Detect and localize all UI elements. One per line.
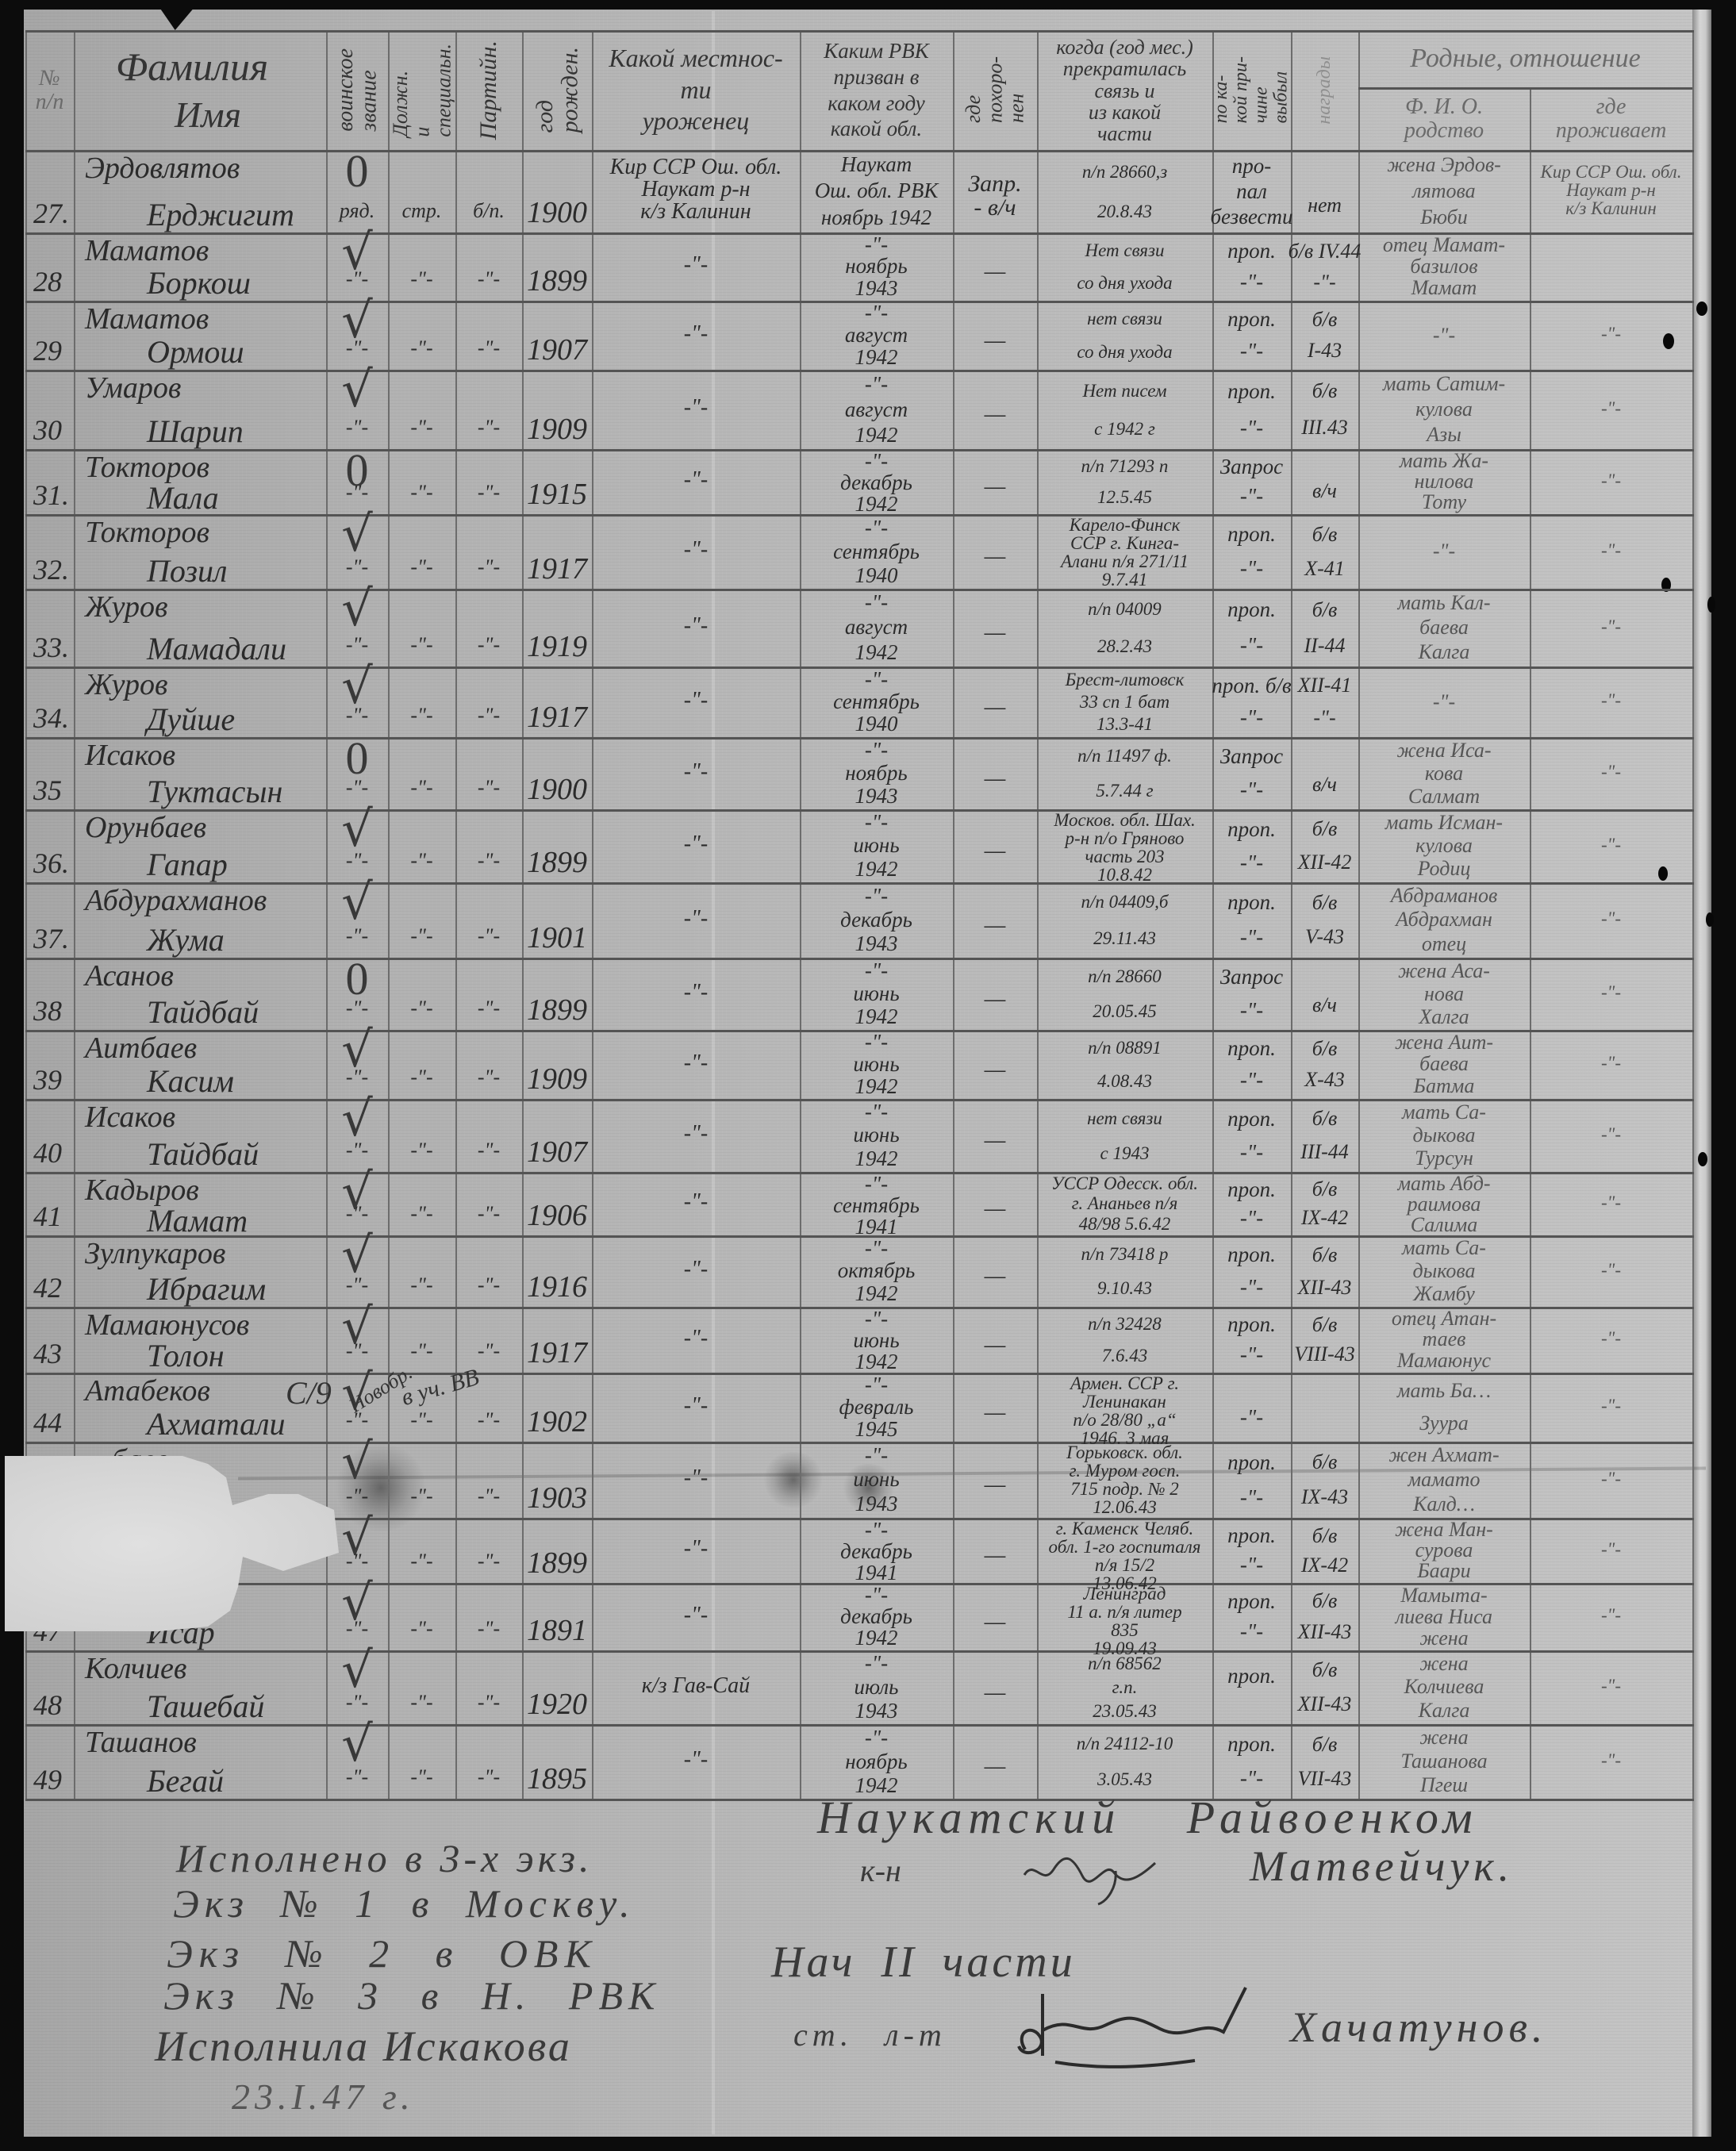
draft-office-line: -"- bbox=[865, 302, 888, 324]
notice-line: в/ч bbox=[1312, 995, 1337, 1016]
notice-cell: б/вVIII-43 bbox=[1291, 1307, 1358, 1373]
row-number: 49 bbox=[33, 1765, 62, 1794]
burial-place-line: — bbox=[985, 620, 1006, 644]
header-party: Партийн. bbox=[455, 30, 522, 150]
burial-place-line: — bbox=[985, 766, 1006, 790]
residence-cell: -"- bbox=[1530, 958, 1692, 1030]
row-number-cell: 34. bbox=[25, 666, 74, 737]
notice-line: -"- bbox=[1313, 708, 1335, 728]
row-number: 30 bbox=[33, 416, 62, 444]
residence-cell: -"- bbox=[1530, 589, 1692, 666]
last-contact-line: 13.3-41 bbox=[1097, 715, 1153, 733]
position-cell: -"- bbox=[388, 589, 455, 666]
row-number-cell: 48 bbox=[25, 1650, 74, 1724]
relatives-line: раимова bbox=[1408, 1194, 1481, 1215]
loss-reason-cell: про-палбезвести bbox=[1212, 150, 1291, 232]
residence-line: -"- bbox=[1601, 1677, 1621, 1695]
birthplace-line: к/з Гав-Сай bbox=[642, 1675, 750, 1697]
last-contact-cell: Горьковск. обл.г. Муром госп.715 подр. №… bbox=[1037, 1442, 1212, 1518]
copy-1-destination: Экз № 1 в Москву. bbox=[173, 1884, 636, 1923]
draft-office-line: август bbox=[845, 399, 908, 421]
check-mark-icon: √ bbox=[341, 296, 373, 345]
relatives-cell: женаКолчиеваКалга bbox=[1358, 1650, 1530, 1724]
surname: Атабеков bbox=[85, 1376, 210, 1406]
party-membership-cell: -"- bbox=[455, 958, 522, 1030]
last-contact-line: Нет писем bbox=[1082, 382, 1166, 400]
relatives-cell: жен Ахмат-маматоКалд… bbox=[1358, 1442, 1530, 1518]
notice-cell: в/ч bbox=[1291, 737, 1358, 809]
last-contact-line: г. Каменск Челяб. bbox=[1056, 1519, 1193, 1538]
military-rank-cell: -"-√ bbox=[326, 666, 388, 737]
military-rank-cell: -"-√ bbox=[326, 1030, 388, 1099]
position: -"- bbox=[410, 482, 432, 503]
row-number: 40 bbox=[33, 1139, 62, 1167]
last-contact-cell: Нет писемс 1942 г bbox=[1037, 370, 1212, 449]
burial-place-line: — bbox=[985, 913, 1006, 937]
residence-line: -"- bbox=[1601, 617, 1621, 636]
last-contact-line: п/п 68562 bbox=[1088, 1654, 1162, 1673]
position: -"- bbox=[410, 1486, 432, 1507]
surname: Аитбаев bbox=[85, 1033, 197, 1063]
header-draft-office: Каким РВК призван в каком году какой обл… bbox=[800, 30, 953, 150]
full-name-cell: ЖуровМамадали bbox=[74, 589, 326, 666]
table-row: 33.ЖуровМамадали-"-√-"--"-1919-"--"-авгу… bbox=[0, 589, 1736, 666]
header-loss-reason-line: по ка- bbox=[1212, 56, 1231, 123]
header-notice: награды bbox=[1291, 30, 1358, 150]
draft-office-cell: -"-сентябрь1941 bbox=[800, 1172, 953, 1235]
relatives-line: дыкова bbox=[1412, 1261, 1475, 1281]
draft-office-line: -"- bbox=[865, 885, 888, 907]
full-name-cell: АбдурахмановЖума bbox=[74, 882, 326, 958]
birth-year: 1916 bbox=[527, 1272, 587, 1302]
birth-year: 1920 bbox=[527, 1689, 587, 1719]
birth-year-cell: 1899 bbox=[522, 958, 592, 1030]
row-number: 36. bbox=[33, 849, 69, 878]
full-name-cell: УмаровШарип bbox=[74, 370, 326, 449]
row-number-cell: 36. bbox=[25, 809, 74, 882]
burial-place-cell: — bbox=[953, 1650, 1037, 1724]
loss-reason-line: -"- bbox=[1240, 635, 1263, 656]
check-mark-icon: √ bbox=[341, 1578, 373, 1627]
header-residence-line: где bbox=[1596, 95, 1627, 118]
draft-office-cell: -"-август1942 bbox=[800, 370, 953, 449]
notice-cell: б/вX-43 bbox=[1291, 1030, 1358, 1099]
notice-line: XII-43 bbox=[1298, 1694, 1352, 1715]
position-cell: -"- bbox=[388, 301, 455, 370]
row-number: 41 bbox=[33, 1202, 62, 1231]
last-contact-line: 5.7.44 г bbox=[1096, 782, 1153, 800]
loss-reason-line: проп. bbox=[1227, 1314, 1276, 1335]
loss-reason-line: проп. bbox=[1227, 1038, 1276, 1059]
birth-year: 1899 bbox=[527, 995, 587, 1025]
notice-cell: б/вII-44 bbox=[1291, 589, 1358, 666]
burial-place-line: - в/ч bbox=[974, 196, 1016, 220]
party-membership: -"- bbox=[478, 1140, 500, 1161]
burial-place-line: — bbox=[985, 1680, 1006, 1704]
birthplace-line: -"- bbox=[684, 833, 708, 855]
draft-office-cell: -"-февраль1945 bbox=[800, 1373, 953, 1442]
row-number-cell: 41 bbox=[25, 1172, 74, 1235]
draft-office-cell: -"-октябрь1942 bbox=[800, 1235, 953, 1307]
notice-cell: б/вXII-43 bbox=[1291, 1235, 1358, 1307]
last-contact-line: Нет связи bbox=[1085, 241, 1165, 259]
position: -"- bbox=[410, 338, 432, 359]
full-name-cell: ТокторовПозил bbox=[74, 514, 326, 589]
party-membership: б/п. bbox=[473, 201, 505, 221]
loss-reason-cell: Запрос-"- bbox=[1212, 737, 1291, 809]
full-name-cell: АитбаевКасим bbox=[74, 1030, 326, 1099]
relatives-line: отец bbox=[1422, 934, 1466, 955]
loss-reason-cell: проп.-"- bbox=[1212, 882, 1291, 958]
relatives-line: мать Абд- bbox=[1397, 1173, 1490, 1194]
table-row: 34.ЖуровДуйше-"-√-"--"-1917-"--"-сентябр… bbox=[0, 666, 1736, 737]
party-membership: -"- bbox=[478, 1486, 500, 1507]
burial-place-cell: — bbox=[953, 301, 1037, 370]
relatives-line: жена Аса- bbox=[1398, 961, 1490, 981]
draft-office-line: август bbox=[845, 325, 908, 346]
residence-cell: -"- bbox=[1530, 1583, 1692, 1650]
loss-reason-line: проп. bbox=[1227, 1244, 1276, 1266]
residence-line: -"- bbox=[1601, 1396, 1621, 1415]
header-number: № п/п bbox=[25, 30, 74, 150]
last-contact-line: п/п 73418 р bbox=[1081, 1245, 1169, 1263]
last-contact-line: нет связи bbox=[1087, 309, 1162, 328]
last-contact-line: 7.6.43 bbox=[1102, 1346, 1148, 1365]
draft-office-line: 1942 bbox=[855, 424, 898, 446]
birthplace-line: -"- bbox=[684, 1467, 708, 1489]
loss-reason-cell: -"- bbox=[1212, 1373, 1291, 1442]
burial-place-cell: Запр.- в/ч bbox=[953, 150, 1037, 232]
full-name-cell: ОрунбаевГапар bbox=[74, 809, 326, 882]
residence-cell: -"- bbox=[1530, 1030, 1692, 1099]
header-birthplace-line: ти bbox=[680, 77, 711, 104]
party-membership: -"- bbox=[478, 998, 500, 1019]
birthplace-cell: -"- bbox=[592, 514, 800, 589]
burial-place-line: — bbox=[985, 544, 1006, 568]
party-membership: -"- bbox=[478, 926, 500, 947]
loss-reason-line: проп. bbox=[1227, 240, 1276, 262]
birth-year-cell: 1915 bbox=[522, 449, 592, 514]
relatives-line: Бюби bbox=[1420, 207, 1467, 228]
chief-name: Хачатунов. bbox=[1290, 2006, 1547, 2049]
last-contact-cell: п/п 11497 ф.5.7.44 г bbox=[1037, 737, 1212, 809]
position: -"- bbox=[410, 269, 432, 290]
birthplace-line: -"- bbox=[684, 689, 708, 712]
relatives-line: Калд… bbox=[1413, 1494, 1475, 1515]
relatives-line: Абдраманов bbox=[1391, 885, 1498, 906]
notice-line: IX-43 bbox=[1301, 1487, 1348, 1508]
draft-office-cell: -"-сентябрь1940 bbox=[800, 514, 953, 589]
relatives-cell: мать Кал-баеваКалга bbox=[1358, 589, 1530, 666]
given-name: Тайдбай bbox=[147, 997, 259, 1028]
row-number: 37. bbox=[33, 924, 69, 953]
birth-year-cell: 1907 bbox=[522, 1099, 592, 1172]
chief-title: Нач II части bbox=[771, 1940, 1076, 1984]
loss-reason-line: про- bbox=[1232, 156, 1272, 177]
last-contact-line: 20.05.45 bbox=[1093, 1002, 1157, 1020]
burial-place-line: — bbox=[985, 1264, 1006, 1288]
draft-office-line: -"- bbox=[865, 1101, 888, 1123]
position: -"- bbox=[410, 1692, 432, 1713]
header-draft-office-line: каком году bbox=[828, 92, 924, 114]
chief-rank: ст. л-т bbox=[793, 2019, 947, 2051]
check-mark-icon: √ bbox=[341, 878, 373, 927]
birthplace-cell: -"- bbox=[592, 809, 800, 882]
last-contact-line: 48/98 5.6.42 bbox=[1079, 1215, 1171, 1233]
check-mark-icon: √ bbox=[341, 1094, 373, 1143]
draft-office-cell: -"-ноябрь1942 bbox=[800, 1724, 953, 1799]
draft-office-line: сентябрь bbox=[833, 691, 920, 713]
draft-office-line: -"- bbox=[865, 374, 888, 395]
party-membership: -"- bbox=[478, 1767, 500, 1788]
last-contact-line: Москов. обл. Шах. bbox=[1054, 811, 1196, 829]
relatives-line: Баари bbox=[1417, 1561, 1470, 1581]
surname: Асанов bbox=[85, 961, 174, 991]
last-contact-line: п/п 24112-10 bbox=[1077, 1734, 1173, 1753]
margin-annotation: С/9 bbox=[286, 1377, 332, 1409]
circle-mark-icon: 0 bbox=[346, 148, 369, 194]
loss-reason-line: -"- bbox=[1240, 779, 1263, 801]
position: -"- bbox=[410, 557, 432, 578]
military-rank-cell: -"-√ bbox=[326, 514, 388, 589]
relatives-line: лиева Ниса bbox=[1396, 1607, 1492, 1627]
draft-office-line: -"- bbox=[865, 669, 888, 690]
birth-year: 1902 bbox=[527, 1407, 587, 1437]
last-contact-line: со дня ухода bbox=[1077, 343, 1172, 361]
burial-place-line: — bbox=[985, 402, 1006, 426]
draft-office-line: июнь bbox=[853, 983, 899, 1004]
party-membership: -"- bbox=[478, 1067, 500, 1088]
relatives-line: жена Аит- bbox=[1395, 1032, 1493, 1053]
position: -"- bbox=[410, 1619, 432, 1639]
table-row: 38АсановТайдбай-"-0-"--"-1899-"--"-июнь1… bbox=[0, 958, 1736, 1030]
last-contact-line: УССР Одесск. обл. bbox=[1051, 1174, 1198, 1193]
given-name: Туктасын bbox=[147, 776, 282, 808]
last-contact-line: 23.05.43 bbox=[1093, 1702, 1157, 1720]
table-row: 43МамаюнусовТолон-"-√-"--"-1917-"--"-июн… bbox=[0, 1307, 1736, 1373]
birth-year: 1899 bbox=[527, 1548, 587, 1578]
last-contact-cell: УССР Одесск. обл.г. Ананьев п/я48/98 5.6… bbox=[1037, 1172, 1212, 1235]
relatives-line: нова bbox=[1424, 984, 1464, 1004]
residence-cell: -"- bbox=[1530, 1442, 1692, 1518]
draft-office-line: -"- bbox=[865, 1238, 888, 1259]
last-contact-cell: п/п 73418 р9.10.43 bbox=[1037, 1235, 1212, 1307]
last-contact-line: 12.5.45 bbox=[1097, 488, 1152, 506]
draft-office-line: 1943 bbox=[855, 1493, 898, 1515]
loss-reason-line: -"- bbox=[1240, 1554, 1263, 1576]
loss-reason-line: пал bbox=[1236, 181, 1267, 202]
draft-office-line: октябрь bbox=[838, 1260, 916, 1281]
birthplace-cell: -"- bbox=[592, 1724, 800, 1799]
table-row: 29МаматовОрмош-"-√-"--"-1907-"--"-август… bbox=[0, 301, 1736, 370]
row-number-cell: 32. bbox=[25, 514, 74, 589]
birthplace-line: к/з Калинин bbox=[640, 201, 751, 223]
check-mark-icon: √ bbox=[341, 228, 373, 277]
relatives-line: Салмат bbox=[1408, 786, 1480, 807]
burial-place-cell: — bbox=[953, 1373, 1037, 1442]
relatives-line: лятова bbox=[1412, 181, 1475, 202]
relatives-line: Азы bbox=[1427, 424, 1461, 445]
table-row: 32.ТокторовПозил-"-√-"--"-1917-"--"-сент… bbox=[0, 514, 1736, 589]
loss-reason-line: -"- bbox=[1240, 1208, 1263, 1229]
draft-office-line: декабрь bbox=[840, 909, 912, 931]
position-cell: -"- bbox=[388, 1099, 455, 1172]
birth-year-cell: 1917 bbox=[522, 666, 592, 737]
loss-reason-cell: проп.-"- bbox=[1212, 809, 1291, 882]
residence-cell: -"- bbox=[1530, 1172, 1692, 1235]
birthplace-cell: -"- bbox=[592, 370, 800, 449]
relatives-line: Калга bbox=[1419, 1700, 1470, 1721]
party-membership-cell: -"- bbox=[455, 1099, 522, 1172]
position: -"- bbox=[410, 1767, 432, 1788]
relatives-line: жена bbox=[1419, 1628, 1468, 1649]
table-row: 41КадыровМамат-"-√-"--"-1906-"--"-сентяб… bbox=[0, 1172, 1736, 1235]
last-contact-cell: п/п 324287.6.43 bbox=[1037, 1307, 1212, 1373]
burial-place-line: — bbox=[985, 259, 1006, 283]
notice-line: VIII-43 bbox=[1294, 1344, 1355, 1365]
loss-reason-line: -"- bbox=[1240, 340, 1263, 362]
table-row: 47Исар-"-√-"--"-1891-"--"-декабрь1942—Ле… bbox=[0, 1583, 1736, 1650]
draft-office-cell: -"-июнь1942 bbox=[800, 958, 953, 1030]
birthplace-cell: -"- bbox=[592, 449, 800, 514]
relatives-line: отец Мамат- bbox=[1383, 235, 1505, 255]
last-contact-cell: Карело-ФинскССР г. Кинга-Алани п/я 271/1… bbox=[1037, 514, 1212, 589]
loss-reason-cell: проп.-"- bbox=[1212, 1030, 1291, 1099]
row-number-cell: 44 bbox=[25, 1373, 74, 1442]
draft-office-line: 1940 bbox=[855, 713, 898, 735]
position: -"- bbox=[410, 1341, 432, 1362]
full-name-cell: ТашановБегай bbox=[74, 1724, 326, 1799]
header-name: Фамилия Имя bbox=[74, 30, 326, 150]
draft-office-line: 1941 bbox=[855, 1216, 898, 1238]
military-rank-cell: -"-0 bbox=[326, 958, 388, 1030]
relatives-line: жена Эрдов- bbox=[1387, 155, 1501, 175]
residence-cell: -"- bbox=[1530, 370, 1692, 449]
party-membership: -"- bbox=[478, 1551, 500, 1572]
last-contact-line: 20.8.43 bbox=[1097, 202, 1152, 221]
header-relatives-fio-line: Ф. И. О. bbox=[1405, 95, 1483, 118]
commissar-signature bbox=[1020, 1839, 1163, 1911]
chief-signature bbox=[1008, 1980, 1277, 2075]
birthplace-line: -"- bbox=[684, 469, 708, 491]
check-mark-icon: √ bbox=[341, 1231, 373, 1280]
given-name: Ташебай bbox=[147, 1691, 264, 1723]
full-name-cell: ЖуровДуйше bbox=[74, 666, 326, 737]
last-contact-cell: п/п 71293 п12.5.45 bbox=[1037, 449, 1212, 514]
surname: Кадыров bbox=[85, 1175, 199, 1205]
relatives-line: жена bbox=[1419, 1727, 1468, 1748]
party-membership: -"- bbox=[478, 1410, 500, 1431]
birth-year: 1895 bbox=[527, 1764, 587, 1794]
last-contact-line: 4.08.43 bbox=[1097, 1072, 1152, 1090]
draft-office-line: -"- bbox=[865, 1374, 888, 1396]
header-notice-text: награды bbox=[1315, 56, 1335, 125]
position-cell: -"- bbox=[388, 1650, 455, 1724]
header-birth-year-line: рожден. bbox=[557, 47, 582, 133]
draft-office-cell: -"-декабрь1942 bbox=[800, 1583, 953, 1650]
last-contact-cell: нет связис 1943 bbox=[1037, 1099, 1212, 1172]
circle-mark-icon: 0 bbox=[346, 736, 369, 782]
residence-cell bbox=[1530, 232, 1692, 301]
notice-line: б/в bbox=[1312, 1734, 1338, 1755]
position-cell: -"- bbox=[388, 1724, 455, 1799]
position-cell: -"- bbox=[388, 958, 455, 1030]
header-burial-place-line: похоро- bbox=[984, 56, 1005, 123]
position: -"- bbox=[410, 635, 432, 655]
residence-cell: -"- bbox=[1530, 514, 1692, 589]
birthplace-cell: -"- bbox=[592, 1172, 800, 1235]
relatives-line: нилова bbox=[1415, 471, 1474, 492]
birthplace-line: -"- bbox=[684, 1395, 708, 1417]
position-cell: -"- bbox=[388, 370, 455, 449]
residence-cell: -"- bbox=[1530, 1650, 1692, 1724]
table-row: 44АтабековАхматали-"-√-"--"-1902-"--"-фе… bbox=[0, 1373, 1736, 1442]
last-contact-cell: п/п 68562г.п.23.05.43 bbox=[1037, 1650, 1212, 1724]
row-number: 43 bbox=[33, 1339, 62, 1368]
loss-reason-cell: проп.-"- bbox=[1212, 1099, 1291, 1172]
draft-office-cell: -"-июнь1942 bbox=[800, 1099, 953, 1172]
burial-place-cell: — bbox=[953, 1099, 1037, 1172]
birth-year-cell: 1916 bbox=[522, 1235, 592, 1307]
loss-reason-line: -"- bbox=[1240, 927, 1263, 948]
check-mark-icon: √ bbox=[341, 805, 373, 854]
last-contact-line: 3.05.43 bbox=[1097, 1770, 1152, 1788]
header-loss-reason-line: чине bbox=[1252, 56, 1272, 123]
loss-reason-cell: проп.-"- bbox=[1212, 370, 1291, 449]
birthplace-cell: -"- bbox=[592, 1030, 800, 1099]
loss-reason-cell: проп. б/в-"- bbox=[1212, 666, 1291, 737]
notice-cell bbox=[1291, 1373, 1358, 1442]
residence-cell: -"- bbox=[1530, 882, 1692, 958]
loss-reason-cell: проп.-"- bbox=[1212, 514, 1291, 589]
given-name: Бегай bbox=[147, 1765, 224, 1797]
birth-year-cell: 1917 bbox=[522, 514, 592, 589]
surname: Журов bbox=[85, 670, 168, 700]
row-number: 32. bbox=[33, 555, 69, 584]
last-contact-cell: Ленинград11 а. п/я литер83519.09.43 bbox=[1037, 1583, 1212, 1650]
relatives-cell: жена Ман-суроваБаари bbox=[1358, 1518, 1530, 1583]
relatives-line: Калга bbox=[1419, 642, 1470, 663]
header-given-name: Имя bbox=[175, 96, 241, 134]
birth-year: 1917 bbox=[527, 554, 587, 584]
birth-year-cell: 1899 bbox=[522, 809, 592, 882]
given-name: Мамат bbox=[147, 1205, 248, 1237]
given-name: Позил bbox=[147, 555, 227, 587]
birthplace-cell: к/з Гав-Сай bbox=[592, 1650, 800, 1724]
header-position-line: и bbox=[411, 44, 432, 137]
loss-reason-line: проп. bbox=[1227, 1591, 1276, 1612]
last-contact-cell: п/п 0400928.2.43 bbox=[1037, 589, 1212, 666]
relatives-line: Турсун bbox=[1415, 1148, 1473, 1169]
burial-place-cell: — bbox=[953, 1235, 1037, 1307]
party-membership: -"- bbox=[478, 482, 500, 503]
military-rank: -"- bbox=[346, 417, 368, 438]
check-mark-icon: √ bbox=[341, 1646, 373, 1695]
relatives-line: мамато bbox=[1408, 1469, 1481, 1490]
last-contact-line: 9.10.43 bbox=[1097, 1279, 1152, 1297]
header-birth-year: год рожден. bbox=[522, 30, 592, 150]
birthplace-line: Кир ССР Ош. обл. bbox=[610, 156, 782, 179]
draft-office-cell: -"-декабрь1942 bbox=[800, 449, 953, 514]
header-rank-line: звание bbox=[357, 48, 380, 132]
notice-line: б/в bbox=[1312, 1526, 1338, 1546]
party-membership-cell: -"- bbox=[455, 1307, 522, 1373]
surname: Ташанов bbox=[85, 1727, 197, 1757]
row-number: 29 bbox=[33, 336, 62, 365]
loss-reason-line: проп. bbox=[1227, 1108, 1276, 1130]
row-number: 27. bbox=[33, 199, 69, 228]
row-number: 34. bbox=[33, 704, 69, 732]
